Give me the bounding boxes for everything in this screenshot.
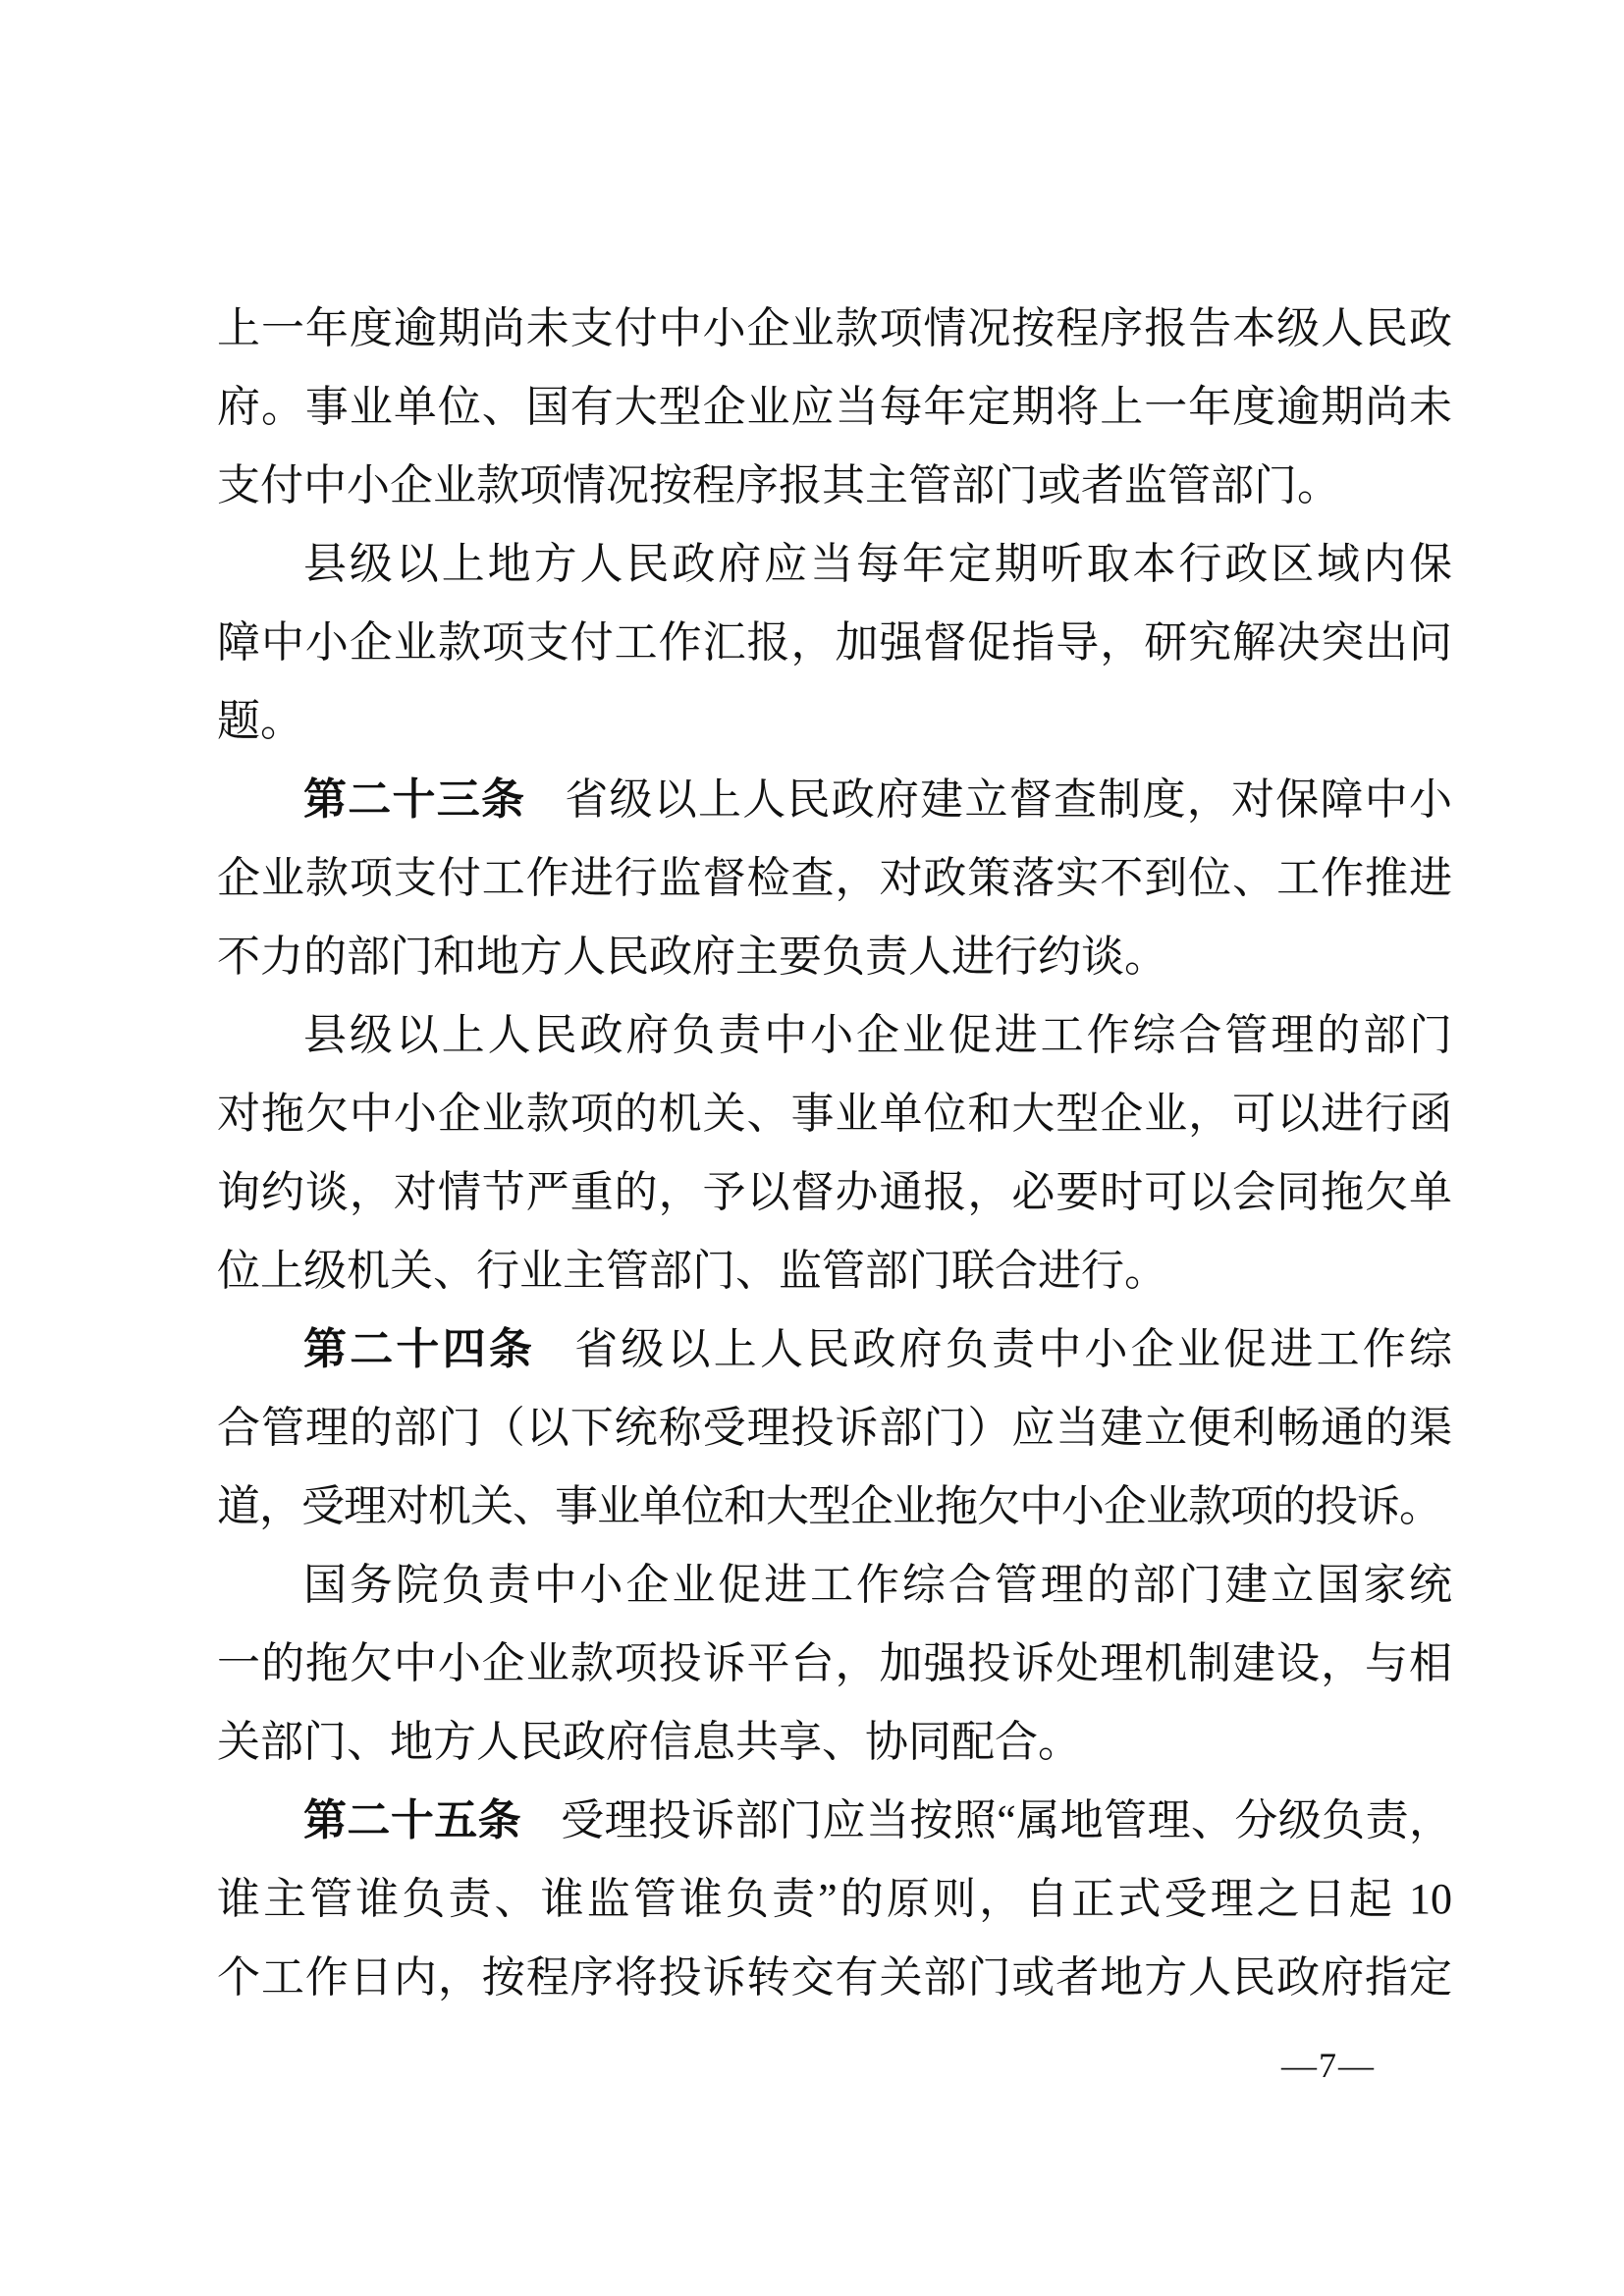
line-text: 谁主管谁负责、谁监管谁负责”的原则，自正式受理之日起 10 <box>217 1875 1452 1923</box>
line-text: 企业款项支付工作进行监督检查，对政策落实不到位、工作推进 <box>217 854 1452 902</box>
line-text: 县级以上地方人民政府应当每年定期听取本行政区域内保 <box>303 540 1452 588</box>
line-text: 障中小企业款项支付工作汇报，加强督促指导，研究解决突出问 <box>217 618 1452 667</box>
line-text: 受理投诉部门应当按照“属地管理、分级负责， <box>561 1796 1452 1844</box>
text-line: 县级以上地方人民政府应当每年定期听取本行政区域内保 <box>217 525 1452 604</box>
text-line: 合管理的部门（以下统称受理投诉部门）应当建立便利畅通的渠 <box>217 1389 1452 1468</box>
text-line: 府。事业单位、国有大型企业应当每年定期将上一年度逾期尚未 <box>217 368 1452 447</box>
line-text: 国务院负责中小企业促进工作综合管理的部门建立国家统 <box>303 1561 1452 1609</box>
line-text: 询约谈，对情节严重的，予以督办通报，必要时可以会同拖欠单 <box>217 1168 1452 1216</box>
line-text: 合管理的部门（以下统称受理投诉部门）应当建立便利畅通的渠 <box>217 1404 1452 1452</box>
line-text: 支付中小企业款项情况按程序报其主管部门或者监管部门。 <box>217 461 1340 509</box>
document-body: 上一年度逾期尚未支付中小企业款项情况按程序报告本级人民政 府。事业单位、国有大型… <box>217 290 1452 2017</box>
text-line: 不力的部门和地方人民政府主要负责人进行约谈。 <box>217 918 1452 996</box>
line-text: 不力的部门和地方人民政府主要负责人进行约谈。 <box>217 933 1167 981</box>
text-line: 一的拖欠中小企业款项投诉平台，加强投诉处理机制建设，与相 <box>217 1625 1452 1703</box>
text-line: 询约谈，对情节严重的，予以督办通报，必要时可以会同拖欠单 <box>217 1153 1452 1232</box>
line-text: 上一年度逾期尚未支付中小企业款项情况按程序报告本级人民政 <box>217 304 1452 352</box>
line-text: 位上级机关、行业主管部门、监管部门联合进行。 <box>217 1247 1167 1295</box>
text-line: 国务院负责中小企业促进工作综合管理的部门建立国家统 <box>217 1546 1452 1625</box>
article-number-label: 第二十五条 <box>303 1796 521 1844</box>
article-number-label: 第二十三条 <box>303 775 525 824</box>
text-line: 关部门、地方人民政府信息共享、协同配合。 <box>217 1703 1452 1782</box>
line-text: 对拖欠中小企业款项的机关、事业单位和大型企业，可以进行函 <box>217 1090 1452 1138</box>
line-text: 府。事业单位、国有大型企业应当每年定期将上一年度逾期尚未 <box>217 383 1452 431</box>
line-text: 省级以上人民政府负责中小企业促进工作综 <box>574 1325 1452 1373</box>
line-text: 省级以上人民政府建立督查制度，对保障中小 <box>565 775 1452 824</box>
document-page: 上一年度逾期尚未支付中小企业款项情况按程序报告本级人民政 府。事业单位、国有大型… <box>0 0 1624 2296</box>
line-text: 题。 <box>217 697 303 745</box>
line-text: 县级以上人民政府负责中小企业促进工作综合管理的部门 <box>303 1011 1452 1059</box>
text-line: 谁主管谁负责、谁监管谁负责”的原则，自正式受理之日起 10 <box>217 1860 1452 1939</box>
text-line: 个工作日内，按程序将投诉转交有关部门或者地方人民政府指定 <box>217 1939 1452 2017</box>
text-line: 道，受理对机关、事业单位和大型企业拖欠中小企业款项的投诉。 <box>217 1468 1452 1546</box>
text-line: 上一年度逾期尚未支付中小企业款项情况按程序报告本级人民政 <box>217 290 1452 368</box>
text-line-article-23: 第二十三条省级以上人民政府建立督查制度，对保障中小 <box>217 761 1452 839</box>
text-line-article-24: 第二十四条省级以上人民政府负责中小企业促进工作综 <box>217 1310 1452 1389</box>
text-line: 支付中小企业款项情况按程序报其主管部门或者监管部门。 <box>217 447 1452 525</box>
line-text: 关部门、地方人民政府信息共享、协同配合。 <box>217 1718 1081 1766</box>
text-line: 位上级机关、行业主管部门、监管部门联合进行。 <box>217 1232 1452 1310</box>
text-line: 县级以上人民政府负责中小企业促进工作综合管理的部门 <box>217 996 1452 1075</box>
text-line: 障中小企业款项支付工作汇报，加强督促指导，研究解决突出问 <box>217 604 1452 682</box>
page-number: —7— <box>1281 2044 1376 2087</box>
text-line-article-25: 第二十五条受理投诉部门应当按照“属地管理、分级负责， <box>217 1782 1452 1860</box>
line-text: 个工作日内，按程序将投诉转交有关部门或者地方人民政府指定 <box>217 1953 1452 2002</box>
text-line: 企业款项支付工作进行监督检查，对政策落实不到位、工作推进 <box>217 839 1452 918</box>
line-text: 一的拖欠中小企业款项投诉平台，加强投诉处理机制建设，与相 <box>217 1639 1452 1687</box>
text-line: 对拖欠中小企业款项的机关、事业单位和大型企业，可以进行函 <box>217 1075 1452 1153</box>
article-number-label: 第二十四条 <box>303 1325 535 1373</box>
line-text: 道，受理对机关、事业单位和大型企业拖欠中小企业款项的投诉。 <box>217 1482 1441 1530</box>
text-line: 题。 <box>217 682 1452 761</box>
